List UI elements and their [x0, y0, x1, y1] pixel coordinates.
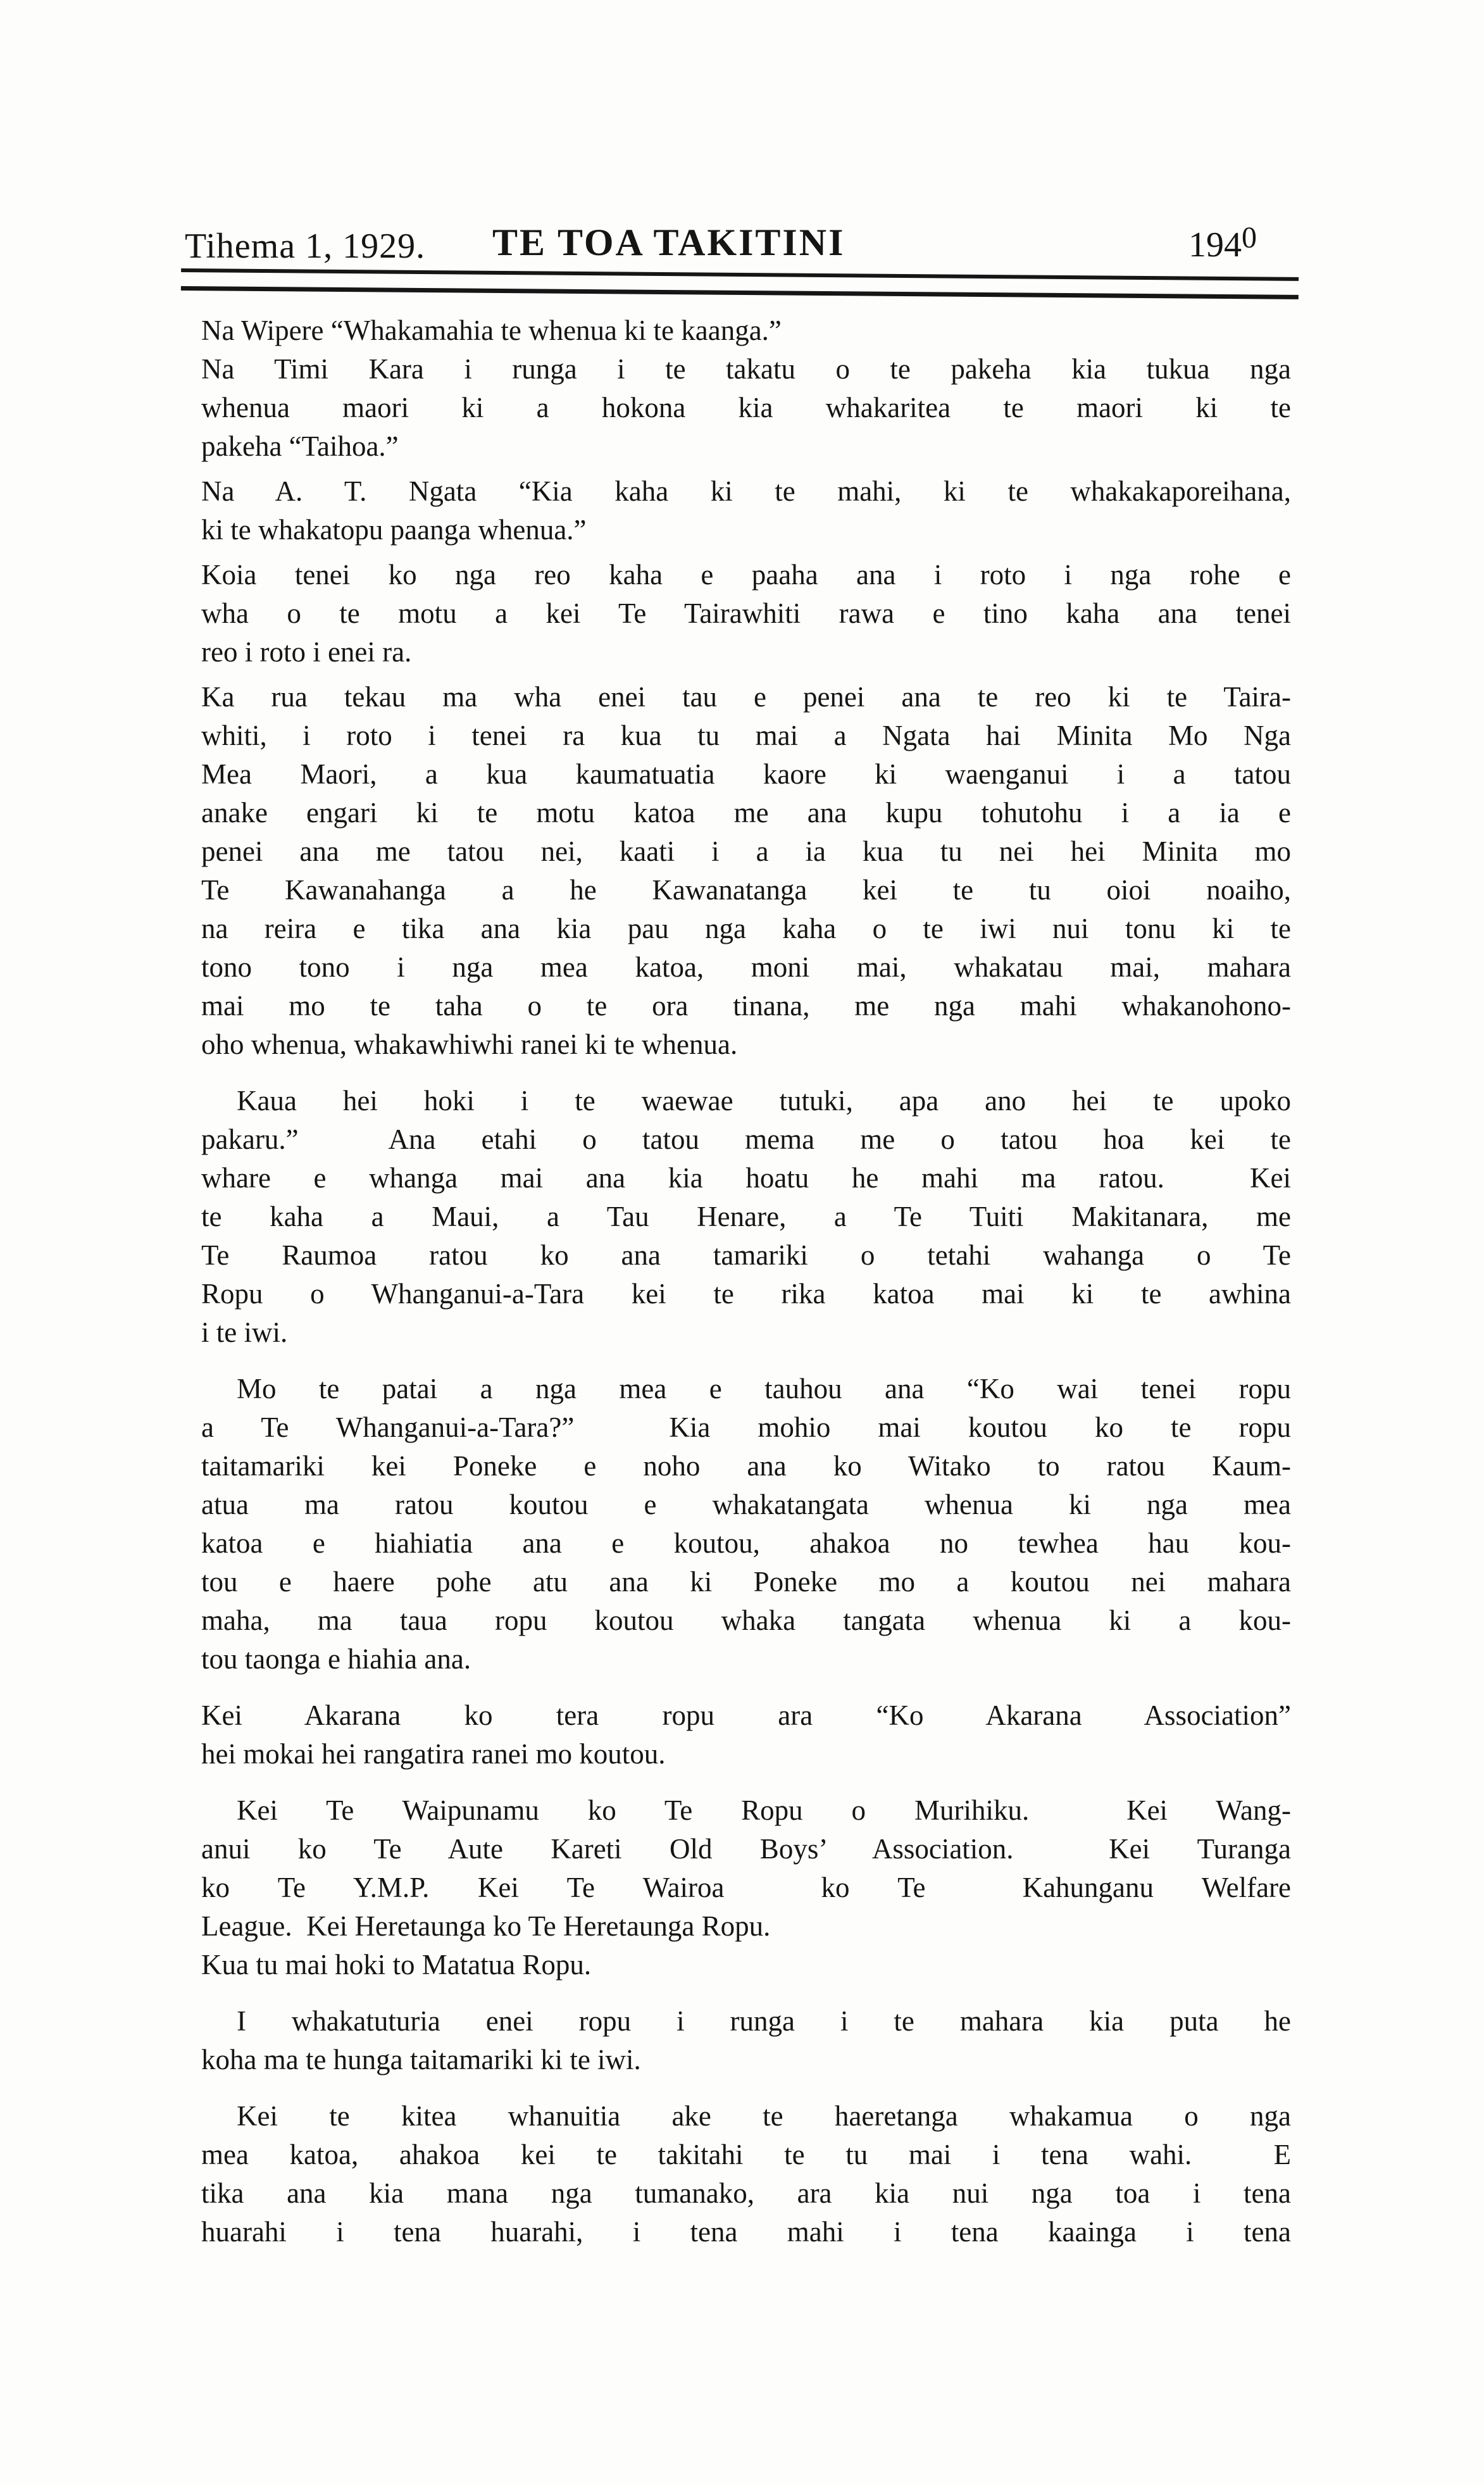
paragraph: Kua tu mai hoki to Matatua Ropu.: [201, 1946, 1291, 1984]
paragraph: Koia tenei ko nga reo kaha e paaha ana i…: [201, 556, 1291, 672]
paragraph: Ka rua tekau ma wha enei tau e penei ana…: [201, 678, 1291, 1064]
text-line: atua ma ratou koutou e whakatangata when…: [201, 1486, 1291, 1524]
text-line: Ka rua tekau ma wha enei tau e penei ana…: [201, 678, 1291, 717]
text-line: huarahi i tena huarahi, i tena mahi i te…: [201, 2213, 1291, 2251]
text-line: wha o te motu a kei Te Tairawhiti rawa e…: [201, 594, 1291, 633]
paragraph: Na Timi Kara i runga i te takatu o te pa…: [201, 350, 1291, 466]
text-line: Na Wipere “Whakamahia te whenua ki te ka…: [201, 311, 1291, 350]
text-line: Kaua hei hoki i te waewae tutuki, apa an…: [201, 1082, 1291, 1120]
text-line: ki te whakatopu paanga whenua.”: [201, 511, 1291, 549]
text-line: koha ma te hunga taitamariki ki te iwi.: [201, 2041, 1291, 2079]
text-line: tono tono i nga mea katoa, moni mai, wha…: [201, 948, 1291, 987]
article-body: Na Wipere “Whakamahia te whenua ki te ka…: [201, 311, 1291, 2251]
paragraph: Mo te patai a nga mea e tauhou ana “Ko w…: [201, 1370, 1291, 1679]
text-line: Na Timi Kara i runga i te takatu o te pa…: [201, 350, 1291, 389]
page-number: 1940: [1188, 223, 1257, 269]
text-line: katoa e hiahiatia ana e koutou, ahakoa n…: [201, 1524, 1291, 1563]
text-line: tou e haere pohe atu ana ki Poneke mo a …: [201, 1563, 1291, 1601]
text-line: Mea Maori, a kua kaumatuatia kaore ki wa…: [201, 755, 1291, 794]
text-line: tou taonga e hiahia ana.: [201, 1640, 1291, 1679]
text-line: anake engari ki te motu katoa me ana kup…: [201, 794, 1291, 832]
text-line: pakaru.” Ana etahi o tatou mema me o tat…: [201, 1120, 1291, 1159]
text-line: hei mokai hei rangatira ranei mo koutou.: [201, 1735, 1291, 1774]
text-line: whiti, i roto i tenei ra kua tu mai a Ng…: [201, 717, 1291, 755]
paragraph: Kaua hei hoki i te waewae tutuki, apa an…: [201, 1082, 1291, 1352]
text-line: penei ana me tatou nei, kaati i a ia kua…: [201, 832, 1291, 871]
text-line: reo i roto i enei ra.: [201, 633, 1291, 672]
text-line: Ropu o Whanganui-a-Tara kei te rika kato…: [201, 1275, 1291, 1313]
text-line: tika ana kia mana nga tumanako, ara kia …: [201, 2174, 1291, 2213]
text-line: a Te Whanganui-a-Tara?” Kia mohio mai ko…: [201, 1408, 1291, 1447]
text-line: whare e whanga mai ana kia hoatu he mahi…: [201, 1159, 1291, 1198]
text-line: mea katoa, ahakoa kei te takitahi te tu …: [201, 2136, 1291, 2174]
text-line: taitamariki kei Poneke e noho ana ko Wit…: [201, 1447, 1291, 1486]
paragraph: I whakatuturia enei ropu i runga i te ma…: [201, 2002, 1291, 2079]
text-line: Te Kawanahanga a he Kawanatanga kei te t…: [201, 871, 1291, 910]
divider-rule-bottom: [181, 286, 1299, 299]
scanned-page: Tihema 1, 1929. TE TOA TAKITINI 1940 Na …: [0, 0, 1484, 2485]
text-line: I whakatuturia enei ropu i runga i te ma…: [201, 2002, 1291, 2041]
paragraph: Kei te kitea whanuitia ake te haeretanga…: [201, 2097, 1291, 2251]
text-line: na reira e tika ana kia pau nga kaha o t…: [201, 910, 1291, 948]
text-line: oho whenua, whakawhiwhi ranei ki te when…: [201, 1025, 1291, 1064]
paragraph: Na A. T. Ngata “Kia kaha ki te mahi, ki …: [201, 472, 1291, 549]
page-number-main: 194: [1188, 225, 1242, 265]
text-line: Mo te patai a nga mea e tauhou ana “Ko w…: [201, 1370, 1291, 1408]
text-line: te kaha a Maui, a Tau Henare, a Te Tuiti…: [201, 1198, 1291, 1236]
text-line: Kei Te Waipunamu ko Te Ropu o Murihiku. …: [201, 1791, 1291, 1830]
text-line: maha, ma taua ropu koutou whaka tangata …: [201, 1601, 1291, 1640]
text-line: Te Raumoa ratou ko ana tamariki o tetahi…: [201, 1236, 1291, 1275]
text-line: pakeha “Taihoa.”: [201, 427, 1291, 466]
text-line: Kei Akarana ko tera ropu ara “Ko Akarana…: [201, 1696, 1291, 1735]
publication-title: TE TOA TAKITINI: [492, 220, 845, 265]
text-line: anui ko Te Aute Kareti Old Boys’ Associa…: [201, 1830, 1291, 1868]
text-line: Kua tu mai hoki to Matatua Ropu.: [201, 1946, 1291, 1984]
text-line: whenua maori ki a hokona kia whakaritea …: [201, 389, 1291, 427]
paragraph: Kei Akarana ko tera ropu ara “Ko Akarana…: [201, 1696, 1291, 1774]
text-line: mai mo te taha o te ora tinana, me nga m…: [201, 987, 1291, 1025]
issue-date: Tihema 1, 1929.: [185, 224, 425, 268]
text-line: League. Kei Heretaunga ko Te Heretaunga …: [201, 1907, 1291, 1946]
paragraph: Kei Te Waipunamu ko Te Ropu o Murihiku. …: [201, 1791, 1291, 1946]
paragraph: Na Wipere “Whakamahia te whenua ki te ka…: [201, 311, 1291, 350]
text-line: ko Te Y.M.P. Kei Te Wairoa ko Te Kahunga…: [201, 1868, 1291, 1907]
text-line: i te iwi.: [201, 1313, 1291, 1352]
text-line: Na A. T. Ngata “Kia kaha ki te mahi, ki …: [201, 472, 1291, 511]
page-number-superscript: 0: [1242, 216, 1257, 260]
text-line: Kei te kitea whanuitia ake te haeretanga…: [201, 2097, 1291, 2136]
text-line: Koia tenei ko nga reo kaha e paaha ana i…: [201, 556, 1291, 594]
